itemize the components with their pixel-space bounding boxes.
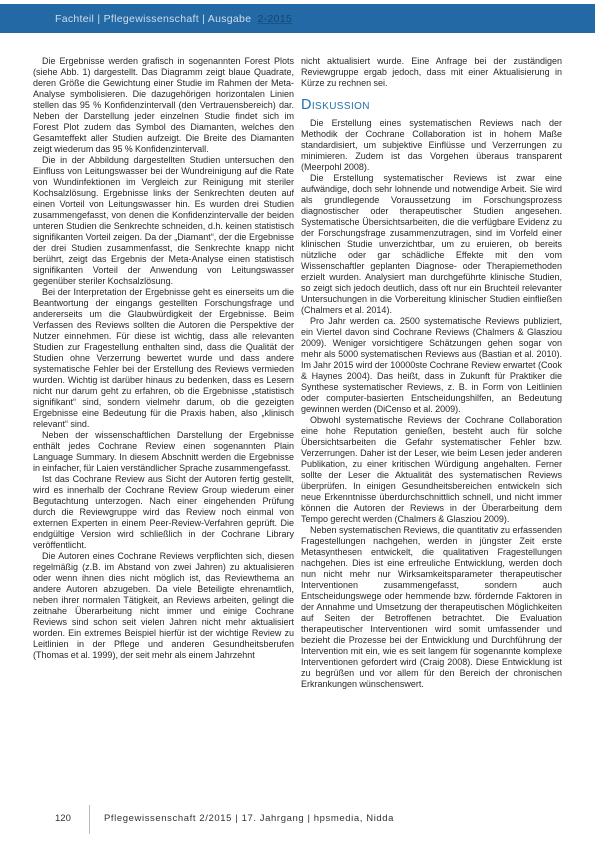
paragraph: Die Autoren eines Cochrane Reviews verpf… [33,551,294,661]
header-breadcrumb: Fachteil | Pflegewissenschaft | Ausgabe … [55,13,292,25]
paragraph: Die Erstellung eines systematischen Revi… [301,118,562,173]
footer-divider [89,805,90,834]
header-section-label: Fachteil | Pflegewissenschaft | Ausgabe [55,13,251,25]
page-number: 120 [55,813,71,824]
paragraph: Die Ergebnisse werden grafisch in sogena… [33,56,294,155]
paragraph: Pro Jahr werden ca. 2500 systematische R… [301,316,562,415]
paragraph: Bei der Interpretation der Ergebnisse ge… [33,287,294,430]
paragraph: Neben systematischen Reviews, die quanti… [301,525,562,690]
header-bar: Fachteil | Pflegewissenschaft | Ausgabe … [0,4,595,33]
header-issue-link[interactable]: 2-2015 [258,13,293,25]
journal-page: Fachteil | Pflegewissenschaft | Ausgabe … [0,0,595,842]
page-footer: 120 Pflegewissenschaft 2/2015 | 17. Jahr… [0,803,595,835]
journal-imprint: Pflegewissenschaft 2/2015 | 17. Jahrgang… [104,813,394,824]
article-body: Die Ergebnisse werden grafisch in sogena… [33,56,562,690]
paragraph: Ist das Cochrane Review aus Sicht der Au… [33,474,294,551]
left-column: Die Ergebnisse werden grafisch in sogena… [33,56,294,690]
section-heading-diskussion: Diskussion [301,98,562,113]
paragraph: Die in der Abbildung dargestellten Studi… [33,155,294,287]
paragraph: Obwohl systematische Reviews der Cochran… [301,415,562,525]
paragraph: Neben der wissenschaftlichen Darstellung… [33,430,294,474]
right-column: nicht aktualisiert wurde. Eine Anfrage b… [301,56,562,690]
continuation-paragraph: nicht aktualisiert wurde. Eine Anfrage b… [301,56,562,89]
paragraph: Die Erstellung systematischer Reviews is… [301,173,562,316]
